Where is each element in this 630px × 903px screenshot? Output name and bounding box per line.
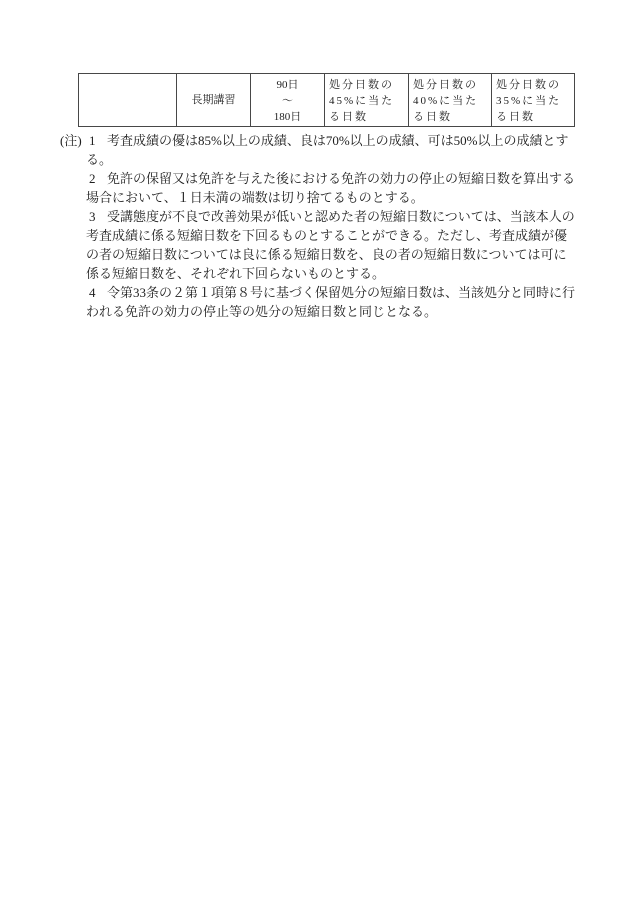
notes-section: (注) 1 考査成績の優は85%以上の成績、良は70%以上の成績、可は50%以上… <box>60 131 562 321</box>
document-page: 長期講習 90日 ～ 180日 処分日数の 45%に当た る日数 処分日数の 4… <box>0 0 630 903</box>
note-text: 受講態度が不良で改善効果が低いと認めた者の短縮日数については、当該本人の 考査成… <box>86 207 562 283</box>
table-cell-course-type: 長期講習 <box>176 74 250 126</box>
table-cell-period: 90日 ～ 180日 <box>250 74 324 126</box>
note-number: 3 <box>89 207 96 226</box>
note-text: 令第33条の２第１項第８号に基づく保留処分の短縮日数は、当該処分と同時に行 われ… <box>86 283 562 321</box>
note-text: 免許の保留又は免許を与えた後における免許の効力の停止の短縮日数を算出する 場合に… <box>86 169 562 207</box>
note-text: 考査成績の優は85%以上の成績、良は70%以上の成績、可は50%以上の成績とす … <box>86 131 562 169</box>
long-course-reduction-table: 長期講習 90日 ～ 180日 処分日数の 45%に当た る日数 処分日数の 4… <box>78 73 575 127</box>
note-item-3: 3 受講態度が不良で改善効果が低いと認めた者の短縮日数については、当該本人の 考… <box>60 207 562 283</box>
note-number: 2 <box>89 169 96 188</box>
note-item-1: 1 考査成績の優は85%以上の成績、良は70%以上の成績、可は50%以上の成績と… <box>60 131 562 169</box>
note-item-2: 2 免許の保留又は免許を与えた後における免許の効力の停止の短縮日数を算出する 場… <box>60 169 562 207</box>
table-cell-reduction-40: 処分日数の 40%に当た る日数 <box>408 74 491 126</box>
note-number: 1 <box>89 131 96 150</box>
note-item-4: 4 令第33条の２第１項第８号に基づく保留処分の短縮日数は、当該処分と同時に行 … <box>60 283 562 321</box>
note-number: 4 <box>89 283 96 302</box>
table-cell-reduction-45: 処分日数の 45%に当た る日数 <box>324 74 408 126</box>
table-cell-reduction-35: 処分日数の 35%に当た る日数 <box>491 74 574 126</box>
table-cell-blank <box>79 74 176 126</box>
